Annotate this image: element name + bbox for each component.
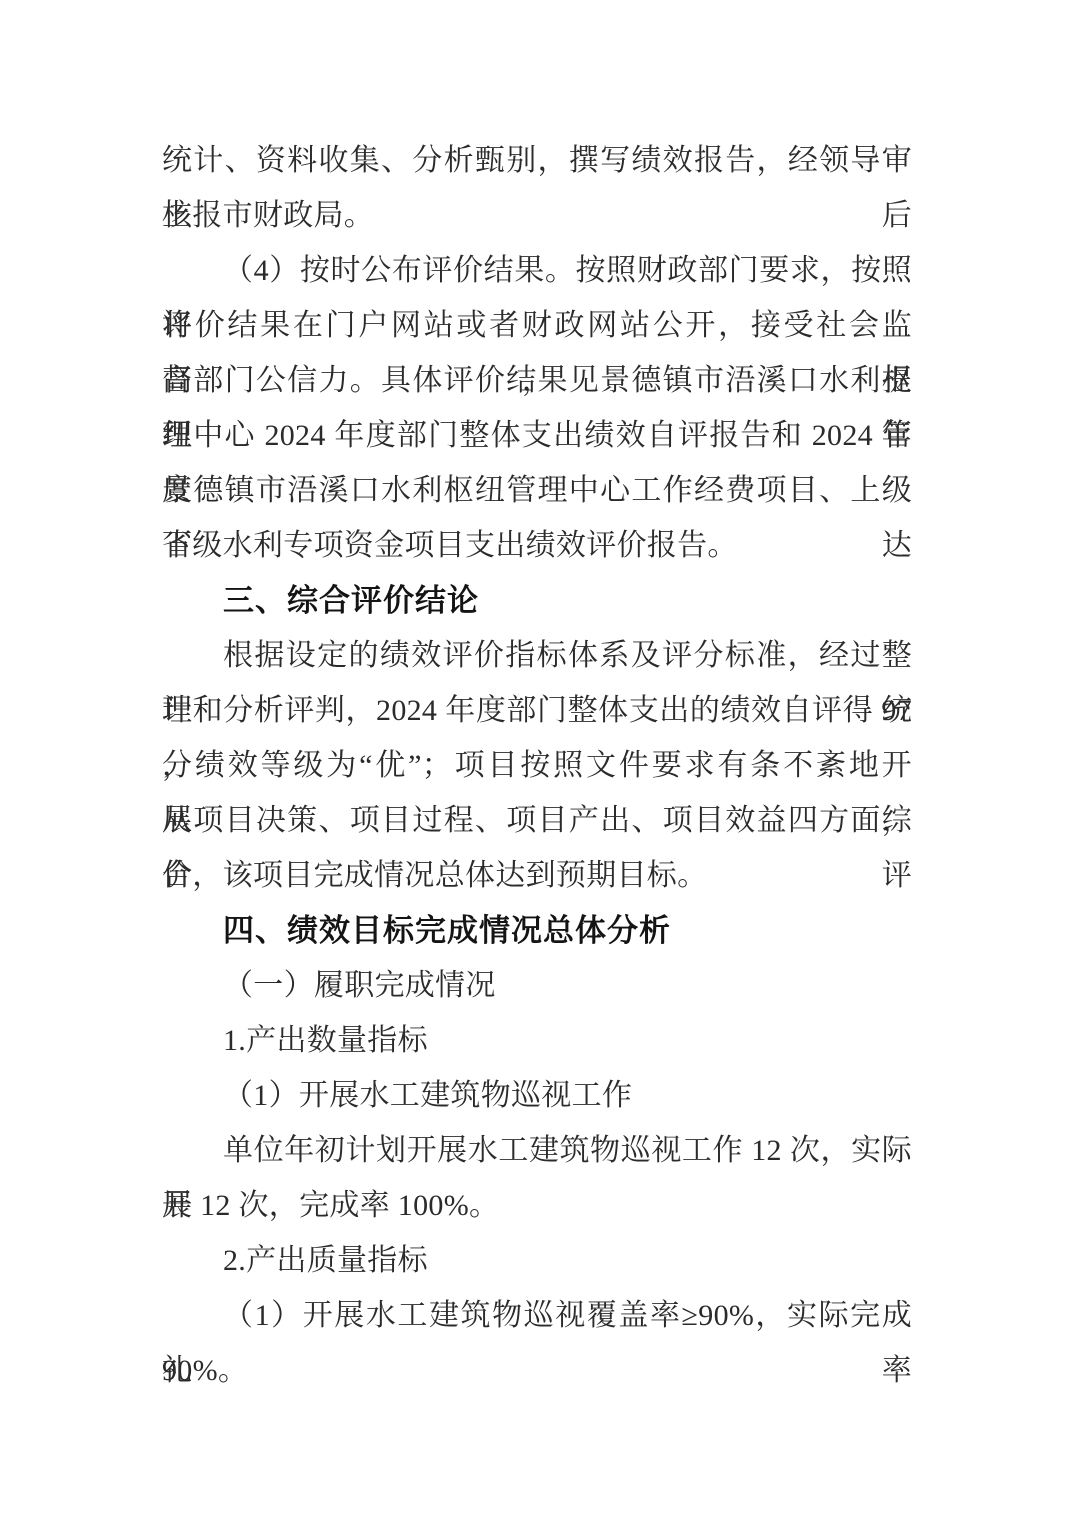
text-line: 景德镇市浯溪口水利枢纽管理中心工作经费项目、上级下达: [162, 463, 912, 518]
document-page: 统计、资料收集、分析甄别，撰写绩效报告，经领导审核后上报市财政局。（4）按时公布…: [0, 0, 1074, 1520]
text-line: 从项目决策、项目过程、项目产出、项目效益四方面综合评: [162, 793, 912, 848]
text-line: （1）开展水工建筑物巡视工作: [162, 1068, 912, 1123]
paragraph: （1）开展水工建筑物巡视工作: [162, 1068, 912, 1123]
paragraph: 2.产出质量指标: [162, 1233, 912, 1288]
text-line: （4）按时公布评价结果。按照财政部门要求，按照将: [162, 243, 912, 298]
text-line: 1.产出数量指标: [162, 1013, 912, 1068]
text-line: （一）履职完成情况: [162, 958, 912, 1013]
text-line: 2.产出质量指标: [162, 1233, 912, 1288]
section-heading: 四、绩效目标完成情况总体分析: [162, 903, 912, 958]
text-line: 评价结果在门户网站或者财政网站公开，接受社会监督，提: [162, 298, 912, 353]
text-line: 理中心 2024 年度部门整体支出绩效自评报告和 2024 年度: [162, 408, 912, 463]
text-line: ，绩效等级为“优”；项目按照文件要求有条不紊地开展，: [162, 738, 912, 793]
text-line: 展 12 次，完成率 100%。: [162, 1178, 912, 1233]
paragraph: 1.产出数量指标: [162, 1013, 912, 1068]
paragraph: （一）履职完成情况: [162, 958, 912, 1013]
text-line: 根据设定的绩效评价指标体系及评分标准，经过整理统: [162, 628, 912, 683]
paragraph: 统计、资料收集、分析甄别，撰写绩效报告，经领导审核后上报市财政局。: [162, 133, 912, 243]
text-line: 统计、资料收集、分析甄别，撰写绩效报告，经领导审核后: [162, 133, 912, 188]
text-line: 单位年初计划开展水工建筑物巡视工作 12 次，实际开: [162, 1123, 912, 1178]
paragraph: （1）开展水工建筑物巡视覆盖率≥90%，实际完成礼率90%。: [162, 1288, 912, 1398]
section-heading: 三、综合评价结论: [162, 573, 912, 628]
paragraph: 根据设定的绩效评价指标体系及评分标准，经过整理统计和分析评判，2024 年度部门…: [162, 628, 912, 903]
paragraph: 单位年初计划开展水工建筑物巡视工作 12 次，实际开展 12 次，完成率 100…: [162, 1123, 912, 1233]
heading-line: 三、综合评价结论: [162, 573, 912, 628]
text-line: （1）开展水工建筑物巡视覆盖率≥90%，实际完成礼率: [162, 1288, 912, 1343]
paragraph: （4）按时公布评价结果。按照财政部门要求，按照将评价结果在门户网站或者财政网站公…: [162, 243, 912, 573]
text-column: 统计、资料收集、分析甄别，撰写绩效报告，经领导审核后上报市财政局。（4）按时公布…: [162, 133, 912, 1398]
heading-line: 四、绩效目标完成情况总体分析: [162, 903, 912, 958]
text-line: 计和分析评判，2024 年度部门整体支出的绩效自评得 97 分: [162, 683, 912, 738]
text-line: 高部门公信力。具体评价结果见景德镇市浯溪口水利枢纽管: [162, 353, 912, 408]
